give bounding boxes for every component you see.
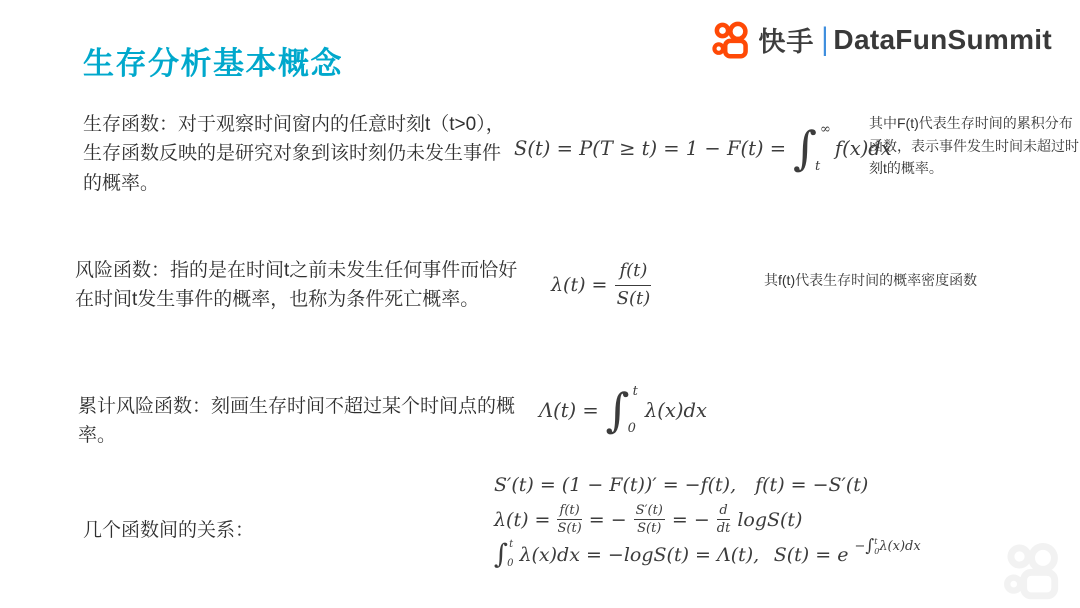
integral-sign: ∫: [606, 387, 630, 433]
fraction: d dt: [717, 503, 731, 537]
integral-bounds: t 0: [630, 383, 638, 438]
fraction: f(t) S(t): [615, 260, 651, 310]
hazard-function-description: 风险函数：指的是在时间t之前未发生任何事件而恰好在时间t发生事件的概率，也称为条…: [75, 256, 525, 315]
fraction-denominator: dt: [717, 520, 731, 536]
survival-function-note: 其中F(t)代表生存时间的累积分布函数，表示事件发生时间未超过时刻t的概率。: [869, 112, 1079, 180]
integral-symbol-small: ∫ t 0: [865, 537, 879, 557]
integral-upper-bound: t: [509, 540, 515, 550]
fraction-numerator: d: [717, 503, 731, 520]
fraction-denominator: S(t): [615, 286, 651, 311]
cumulative-hazard-formula: Λ(t) = ∫ t 0 λ(x)dx: [539, 379, 707, 441]
exponent-minus: −: [854, 539, 865, 554]
relations-label: 几个函数间的关系：: [83, 516, 383, 545]
integral-sign: ∫: [865, 538, 874, 555]
formula-head: Λ(t) =: [539, 399, 599, 422]
fraction-numerator: f(t): [557, 503, 581, 520]
formula-text: S′(t) = (1 − F(t))′ = −f(t), f(t) = −S′(…: [494, 474, 868, 496]
logo-divider-bar: |: [821, 22, 828, 58]
formula-text: λ(t) =: [494, 509, 550, 531]
integral-lower-bound: t: [815, 160, 826, 173]
datafunsummit-wordmark: DataFunSummit: [833, 24, 1052, 56]
formula-text: = −: [672, 509, 710, 531]
integral-lower-bound: 0: [507, 559, 513, 569]
integral-symbol: ∫ t 0: [606, 383, 638, 438]
fraction-numerator: S′(t): [634, 503, 665, 520]
survival-function-description: 生存函数：对于观察时间窗内的任意时刻t（t>0），生存函数反映的是研究对象到该时…: [83, 110, 519, 198]
integral-bounds: ∞ t: [817, 121, 828, 176]
fraction-denominator: S(t): [557, 520, 581, 536]
formula-text: λ(x)dx = −logS(t) = Λ(t),: [519, 544, 768, 566]
formula-text: S(t) = e: [774, 544, 849, 566]
kuaishou-logo-icon: [711, 21, 753, 59]
hazard-function-note: 其f(t)代表生存时间的概率密度函数: [764, 269, 1054, 292]
integral-upper-bound: ∞: [820, 123, 831, 136]
formula-head: λ(t) =: [551, 274, 607, 296]
fraction-numerator: f(t): [615, 260, 651, 286]
relations-formulas: S′(t) = (1 − F(t))′ = −f(t), f(t) = −S′(…: [494, 467, 921, 572]
survival-function-formula: S(t) = P(T ≥ t) = 1 − F(t) = ∫ ∞ t f(x)d…: [514, 117, 892, 179]
fraction-denominator: S(t): [634, 520, 665, 536]
fraction: f(t) S(t): [557, 503, 581, 537]
hazard-function-formula: λ(t) = f(t) S(t): [551, 252, 651, 318]
integral-symbol: ∫ ∞ t: [793, 121, 828, 176]
formula-tail: λ(x)dx: [645, 399, 707, 422]
relation-line-1: S′(t) = (1 − F(t))′ = −f(t), f(t) = −S′(…: [494, 467, 921, 502]
integral-lower-bound: 0: [628, 422, 636, 435]
exponent-tail: λ(x)dx: [879, 539, 920, 554]
relation-line-2: λ(t) = f(t) S(t) = − S′(t) S(t) = − d dt…: [494, 502, 921, 537]
relation-line-3: ∫ t 0 λ(x)dx = −logS(t) = Λ(t), S(t) = e…: [494, 537, 921, 572]
integral-bounds: t 0: [508, 539, 514, 571]
formula-text: logS(t): [737, 509, 802, 531]
slide-canvas: 生存分析基本概念 快手 | DataFunSummit 生存函数：对于观察时间窗…: [0, 0, 1080, 608]
slide-title: 生存分析基本概念: [83, 38, 343, 83]
exponent: − ∫ t 0 λ(x)dx: [854, 537, 920, 557]
brand-name-kuaishou: 快手: [758, 20, 814, 59]
integral-sign: ∫: [793, 125, 817, 171]
formula-text: = −: [589, 509, 627, 531]
formula-head: S(t) = P(T ≥ t) = 1 − F(t) =: [514, 137, 786, 160]
kuaishou-watermark-icon: [1002, 542, 1066, 600]
integral-upper-bound: t: [633, 385, 641, 398]
cumulative-hazard-description: 累计风险函数：刻画生存时间不超过某个时间点的概率。: [78, 392, 518, 451]
integral-sign: ∫: [494, 541, 508, 568]
header-brand-logo: 快手 | DataFunSummit: [711, 20, 1052, 59]
integral-symbol: ∫ t 0: [494, 539, 514, 571]
fraction: S′(t) S(t): [634, 503, 665, 537]
